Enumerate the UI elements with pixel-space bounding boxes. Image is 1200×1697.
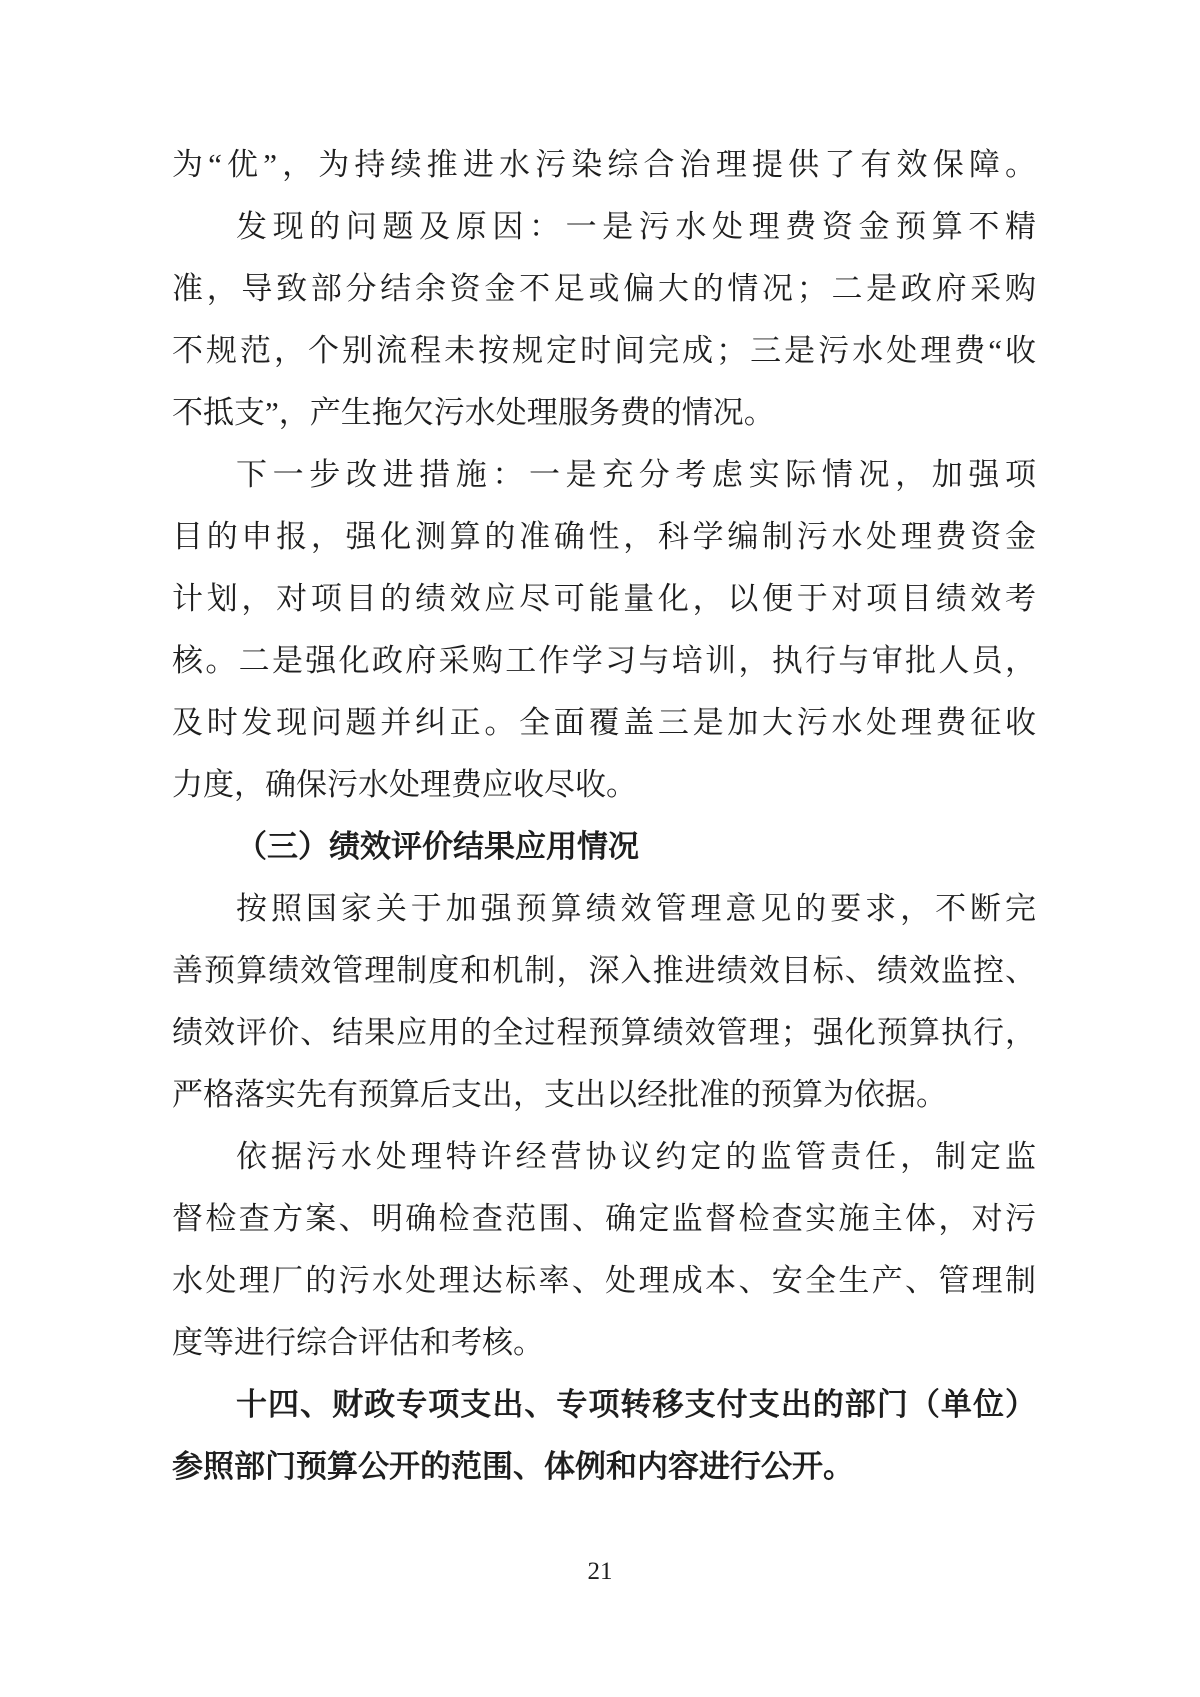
section-heading: （三）绩效评价结果应用情况: [172, 816, 1036, 878]
text-line: 严格落实先有预算后支出，支出以经批准的预算为依据。: [172, 1064, 1036, 1126]
directive-heading: 十四、财政专项支出、专项转移支付支出的部门（单位）: [172, 1374, 1036, 1436]
text-line: 计划，对项目的绩效应尽可能量化，以便于对项目绩效考: [172, 568, 1036, 630]
text-line: 准，导致部分结余资金不足或偏大的情况；二是政府采购: [172, 258, 1036, 320]
text-line: 为“优”，为持续推进水污染综合治理提供了有效保障。: [172, 134, 1036, 196]
text-line: 力度，确保污水处理费应收尽收。: [172, 754, 1036, 816]
text-line: 发现的问题及原因：一是污水处理费资金预算不精: [172, 196, 1036, 258]
text-line: 不规范，个别流程未按规定时间完成；三是污水处理费“收: [172, 320, 1036, 382]
text-line: 不抵支”，产生拖欠污水处理服务费的情况。: [172, 382, 1036, 444]
text-line: 依据污水处理特许经营协议约定的监管责任，制定监: [172, 1126, 1036, 1188]
text-line: 度等进行综合评估和考核。: [172, 1312, 1036, 1374]
document-page: 为“优”，为持续推进水污染综合治理提供了有效保障。 发现的问题及原因：一是污水处…: [0, 0, 1200, 1697]
page-number: 21: [0, 1558, 1200, 1586]
text-line: 及时发现问题并纠正。全面覆盖三是加大污水处理费征收: [172, 692, 1036, 754]
text-line: 核。二是强化政府采购工作学习与培训，执行与审批人员，: [172, 630, 1036, 692]
text-line: 善预算绩效管理制度和机制，深入推进绩效目标、绩效监控、: [172, 940, 1036, 1002]
text-block: 为“优”，为持续推进水污染综合治理提供了有效保障。 发现的问题及原因：一是污水处…: [172, 134, 1036, 1498]
text-line: 下一步改进措施：一是充分考虑实际情况，加强项: [172, 444, 1036, 506]
text-line: 目的申报，强化测算的准确性，科学编制污水处理费资金: [172, 506, 1036, 568]
text-line: 按照国家关于加强预算绩效管理意见的要求，不断完: [172, 878, 1036, 940]
text-line: 绩效评价、结果应用的全过程预算绩效管理；强化预算执行，: [172, 1002, 1036, 1064]
text-line: 督检查方案、明确检查范围、确定监督检查实施主体，对污: [172, 1188, 1036, 1250]
directive-text: 参照部门预算公开的范围、体例和内容进行公开。: [172, 1436, 1036, 1498]
text-line: 水处理厂的污水处理达标率、处理成本、安全生产、管理制: [172, 1250, 1036, 1312]
